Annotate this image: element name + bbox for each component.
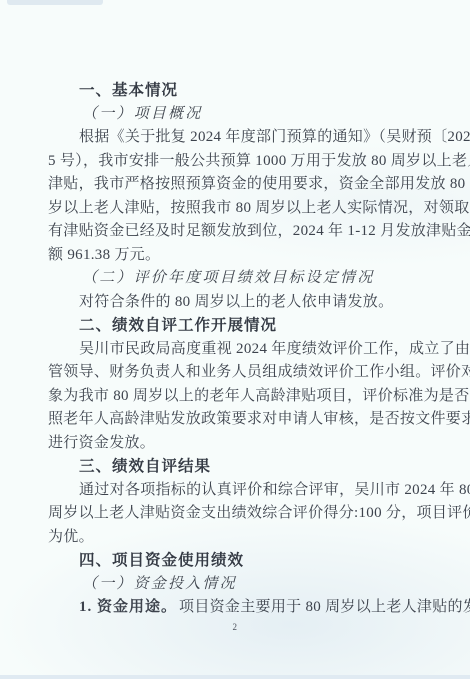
paragraph-line: 5 号），我市安排一般公共预算 1000 万用于发放 80 周岁以上老人 — [48, 150, 432, 174]
scan-artifact-bottom-edge — [0, 675, 470, 679]
section-heading-fund-usage-performance: 四、项目资金使用绩效 — [48, 549, 432, 573]
paragraph-line: 管领导、财务负责人和业务人员组成绩效评价工作小组。评价对 — [48, 361, 432, 385]
paragraph-line: 进行资金发放。 — [48, 432, 432, 456]
section-heading-basic-info: 一、基本情况 — [48, 79, 432, 103]
page-number: 2 — [0, 622, 470, 632]
paragraph-line: 通过对各项指标的认真评价和综合评审，吴川市 2024 年 80 — [48, 479, 432, 503]
paragraph-line: 为优。 — [48, 526, 432, 550]
section-heading-self-evaluation-work: 二、绩效自评工作开展情况 — [48, 314, 432, 338]
paragraph-line: 照老年人高龄津贴发放政策要求对申请人审核，是否按文件要求 — [48, 408, 432, 432]
scan-artifact-top-edge — [7, 0, 103, 5]
paragraph-line: 吴川市民政局高度重视 2024 年度绩效评价工作，成立了由分 — [48, 338, 432, 362]
fund-purpose-label: 1. 资金用途。 — [79, 599, 177, 615]
section-heading-self-evaluation-result: 三、绩效自评结果 — [48, 455, 432, 479]
paragraph-line: 象为我市 80 周岁以上的老年人高龄津贴项目，评价标准为是否按 — [48, 385, 432, 409]
paragraph-line: 津贴，我市严格按照预算资金的使用要求，资金全部用发放 80 周 — [48, 173, 432, 197]
paragraph-line: 有津贴资金已经及时足额发放到位，2024 年 1-12 月发放津贴金 — [48, 220, 432, 244]
paragraph-line-fund-purpose: 1. 资金用途。项目资金主要用于 80 周岁以上老人津贴的发放。 — [48, 596, 432, 620]
subheading-fund-input: （一）资金投入情况 — [48, 573, 432, 597]
scanned-document-page: 一、基本情况 （一）项目概况 根据《关于批复 2024 年度部门预算的通知》（吴… — [0, 0, 470, 679]
subheading-performance-goal-setting: （二）评价年度项目绩效目标设定情况 — [48, 267, 432, 291]
paragraph-line: 额 961.38 万元。 — [48, 244, 432, 268]
fund-purpose-text: 项目资金主要用于 80 周岁以上老人津贴的发放。 — [179, 599, 470, 615]
paragraph-line: 岁以上老人津贴，按照我市 80 周岁以上老人实际情况，对领取所 — [48, 197, 432, 221]
subheading-project-overview: （一）项目概况 — [48, 103, 432, 127]
paragraph-line: 根据《关于批复 2024 年度部门预算的通知》（吴财预〔2024〕 — [48, 126, 432, 150]
paragraph-line: 周岁以上老人津贴资金支出绩效综合评价得分:100 分，项目评价 — [48, 502, 432, 526]
paragraph-line: 对符合条件的 80 周岁以上的老人依申请发放。 — [48, 291, 432, 315]
document-body: 一、基本情况 （一）项目概况 根据《关于批复 2024 年度部门预算的通知》（吴… — [48, 79, 432, 620]
